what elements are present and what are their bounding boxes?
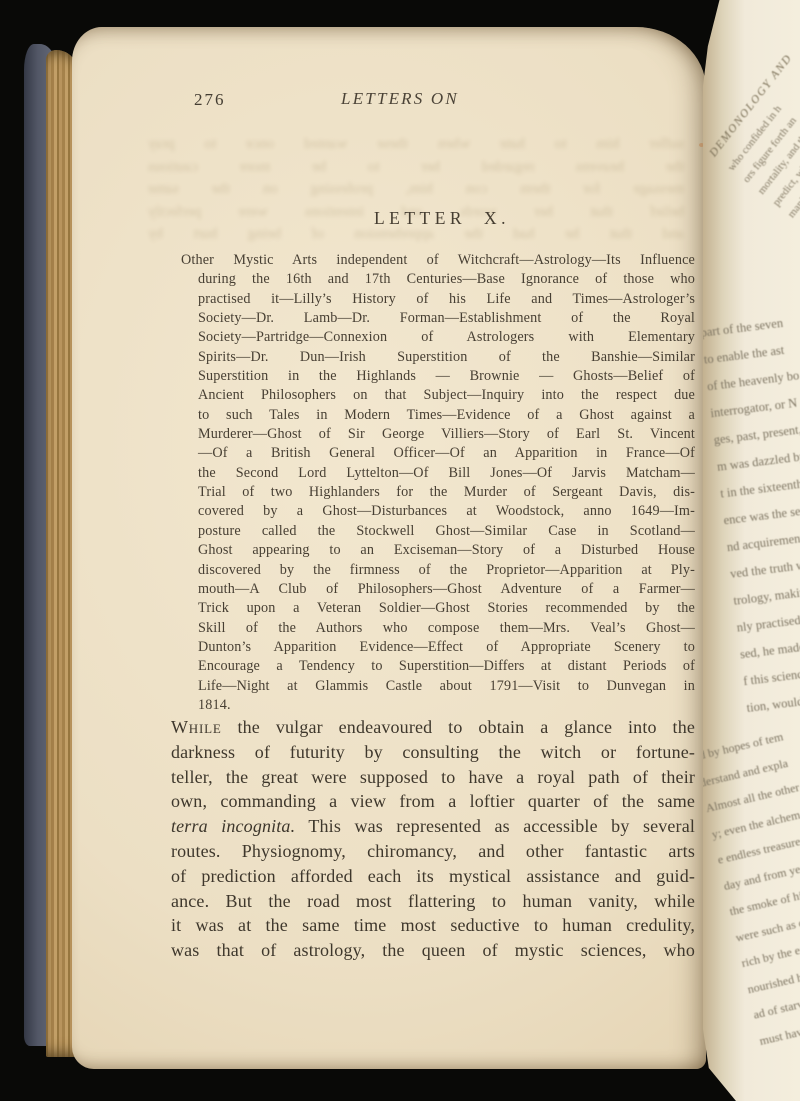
summary-line: practised it—Lilly’s History of his Life…: [181, 290, 695, 309]
summary-line: Spirits—Dr. Dun—Irish Superstition of th…: [181, 348, 695, 367]
body-text-line: was that of astrology, the queen of myst…: [171, 938, 695, 963]
body-text-segment: teller, the great were supposed to have …: [171, 767, 695, 787]
summary-line: Life—Night at Glammis Castle about 1791—…: [181, 677, 695, 696]
photo-background: { "page": { "number": "276", "running_he…: [0, 0, 800, 1101]
body-text-line: ance. But the road most flattering to hu…: [171, 889, 695, 914]
body-text-segment: was that of astrology, the queen of myst…: [171, 940, 695, 960]
body-text-line: darkness of futurity by consulting the w…: [171, 740, 695, 765]
summary-line: the Second Lord Lyttelton—Of Bill Jones—…: [181, 464, 695, 483]
bleed-through-line: suffer him to hate when these wanted onc…: [148, 133, 684, 156]
running-header: LETTERS ON: [140, 89, 660, 109]
right-page-top-fragments: DEMONOLOGY AND who confided in hors figu…: [705, 0, 800, 269]
body-text-segment: This was represented as accessible by se…: [295, 816, 695, 836]
body-text-line: own, commanding a view from a loftier qu…: [171, 789, 695, 814]
summary-line: Society—Dr. Lamb—Dr. Forman—Establishmen…: [181, 309, 695, 328]
summary-line: during the 16th and 17th Centuries—Base …: [181, 270, 695, 289]
summary-line: Superstition in the Highlands — Brownie …: [181, 367, 695, 386]
summary-line: posture called the Stockwell Ghost—Simil…: [181, 522, 695, 541]
summary-line: discovered by the firmness of the Propri…: [181, 561, 695, 580]
body-text-segment: the vulgar endeavoured to obtain a glanc…: [222, 717, 695, 737]
summary-line: —Of a British General Officer—Of an Appa…: [181, 444, 695, 463]
bleed-through-line: message for them con him, professing on …: [148, 178, 684, 201]
summary-line: Encourage a Tendency to Superstition—Dif…: [181, 657, 695, 676]
chapter-heading: LETTER X.: [182, 208, 702, 229]
bleed-through-line: the heavens regarded her to be more caut…: [148, 156, 684, 179]
body-text-segment: terra incognita.: [171, 816, 295, 836]
right-page-mid-fragments: part of the sevento enable the astof the…: [703, 299, 800, 722]
body-text-line: terra incognita. This was represented as…: [171, 814, 695, 839]
left-page: 276 LETTERS ON suffer him to hate when t…: [72, 27, 706, 1069]
body-text-line: While the vulgar endeavoured to obtain a…: [171, 715, 695, 740]
summary-line: mouth—A Club of Philosophers—Ghost Adven…: [181, 580, 695, 599]
body-text-line: teller, the great were supposed to have …: [171, 765, 695, 790]
body-text-line: routes. Physiognomy, chiromancy, and oth…: [171, 839, 695, 864]
body-text-segment: own, commanding a view from a loftier qu…: [171, 791, 695, 811]
body-text-line: of prediction afforded each its mystical…: [171, 864, 695, 889]
body-text-segment: darkness of futurity by consulting the w…: [171, 742, 695, 762]
summary-line: Skill of the Authors who compose them—Mr…: [181, 619, 695, 638]
body-text-segment: While: [171, 717, 222, 737]
summary-line: Other Mystic Arts independent of Witchcr…: [181, 251, 695, 270]
summary-line: Trial of two Highlanders for the Murder …: [181, 483, 695, 502]
body-text-segment: routes. Physiognomy, chiromancy, and oth…: [171, 841, 695, 861]
summary-line: Ancient Philosophers on that Subject—Inq…: [181, 386, 695, 405]
body-text-segment: of prediction afforded each its mystical…: [171, 866, 695, 886]
body-paragraph: While the vulgar endeavoured to obtain a…: [171, 715, 695, 963]
summary-line: Society—Partridge—Connexion of Astrologe…: [181, 328, 695, 347]
body-text-segment: it was at the same time most seductive t…: [171, 915, 695, 935]
chapter-summary: Other Mystic Arts independent of Witchcr…: [181, 251, 695, 715]
body-text-segment: ance. But the road most flattering to hu…: [171, 891, 695, 911]
summary-line: 1814.: [181, 696, 695, 715]
right-page-bottom-fragments: ed by hopes of temderstand and explaAlmo…: [703, 704, 800, 1054]
right-page-edge: DEMONOLOGY AND who confided in hors figu…: [703, 0, 800, 1101]
summary-line: covered by a Ghost—Disturbances at Woods…: [181, 502, 695, 521]
summary-line: Murderer—Ghost of Sir George Villiers—St…: [181, 425, 695, 444]
summary-line: Ghost appearing to an Exciseman—Story of…: [181, 541, 695, 560]
summary-line: Trick upon a Veteran Soldier—Ghost Stori…: [181, 599, 695, 618]
summary-line: to such Tales in Modern Times—Evidence o…: [181, 406, 695, 425]
summary-line: Dunton’s Apparition Evidence—Effect of A…: [181, 638, 695, 657]
body-text-line: it was at the same time most seductive t…: [171, 913, 695, 938]
